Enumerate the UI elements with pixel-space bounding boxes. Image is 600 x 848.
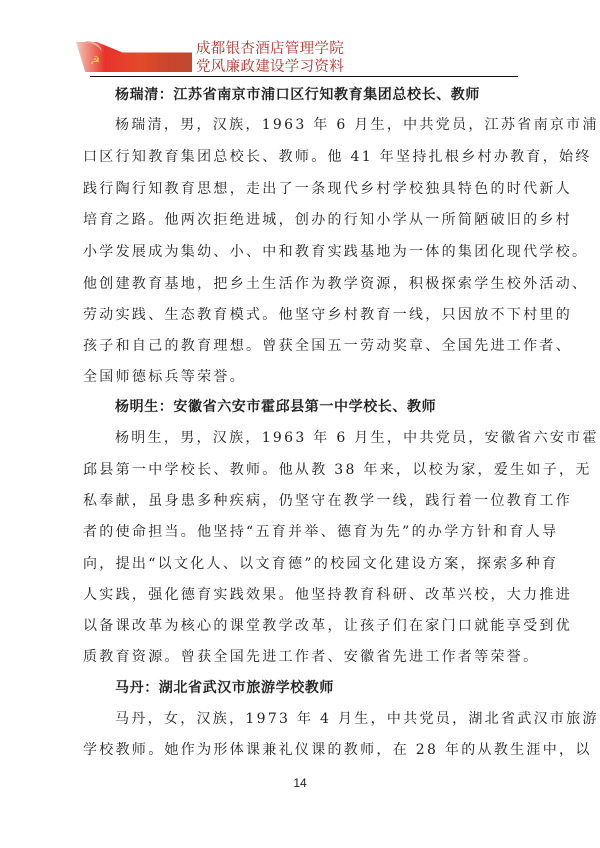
paragraph-line: 杨明生，男，汉族，1963 年 6 月生，中共党员，安徽省六安市霍 [115,429,519,447]
header-title: 成都银杏酒店管理学院 党风廉政建设学习资料 [196,40,344,76]
section-heading: 杨明生：安徽省六安市霍邱县第一中学校长、教师 [115,398,519,416]
section-heading: 杨瑞清：江苏省南京市浦口区行知教育集团总校长、教师 [115,86,519,104]
paragraph-line: 向，提出“以文化人、以文育德”的校园文化建设方案，探索多种育 [83,555,519,573]
hammer-sickle-icon: ☭ [88,54,102,68]
paragraph-line: 培育之路。他两次拒绝进城，创办的行知小学从一所简陋破旧的乡村 [83,211,519,229]
header-divider [90,76,518,77]
paragraph-line: 邱县第一中学校长、教师。他从教 38 年来，以校为家，爱生如子，无 [83,461,519,479]
paragraph-line: 马丹，女，汉族，1973 年 4 月生，中共党员，湖北省武汉市旅游 [115,710,519,728]
header-title-line2: 党风廉政建设学习资料 [196,58,344,76]
paragraph-line: 私奉献，虽身患多种疾病，仍坚守在教学一线，践行着一位教育工作 [83,492,519,510]
header-title-line1: 成都银杏酒店管理学院 [196,40,344,58]
paragraph-line: 质教育资源。曾获全国先进工作者、安徽省先进工作者等荣誉。 [83,648,519,666]
section-heading: 马丹：湖北省武汉市旅游学校教师 [115,679,519,697]
paragraph-line: 劳动实践、生态教育模式。他坚守乡村教育一线，只因放不下村里的 [83,306,519,324]
paragraph-line: 以备课改革为核心的课堂教学改革，让孩子们在家门口就能享受到优 [83,617,519,635]
paragraph-line: 学校教师。她作为形体课兼礼仪课的教师，在 28 年的从教生涯中，以 [83,741,519,759]
paragraph-line: 人实践，强化德育实践效果。他坚持教育科研、改革兴校，大力推进 [83,586,519,604]
paragraph-line: 他创建教育基地，把乡土生活作为教学资源，积极探索学生校外活动、 [83,275,519,293]
document-header: ☭ 成都银杏酒店管理学院 党风廉政建设学习资料 [76,40,516,76]
paragraph-line: 孩子和自己的教育理想。曾获全国五一劳动奖章、全国先进工作者、 [83,337,519,355]
page-number: 14 [0,776,600,790]
paragraph-line: 践行陶行知教育思想，走出了一条现代乡村学校独具特色的时代新人 [83,180,519,198]
paragraph-line: 杨瑞清，男，汉族，1963 年 6 月生，中共党员，江苏省南京市浦 [115,116,519,134]
paragraph-line: 小学发展成为集幼、小、中和教育实践基地为一体的集团化现代学校。 [83,243,519,261]
paragraph-line: 口区行知教育集团总校长、教师。他 41 年坚持扎根乡村办教育，始终 [83,148,519,166]
paragraph-line: 全国师德标兵等荣誉。 [83,368,519,386]
paragraph-line: 者的使命担当。他坚持“五育并举、德育为先”的办学方针和育人导 [83,523,519,541]
